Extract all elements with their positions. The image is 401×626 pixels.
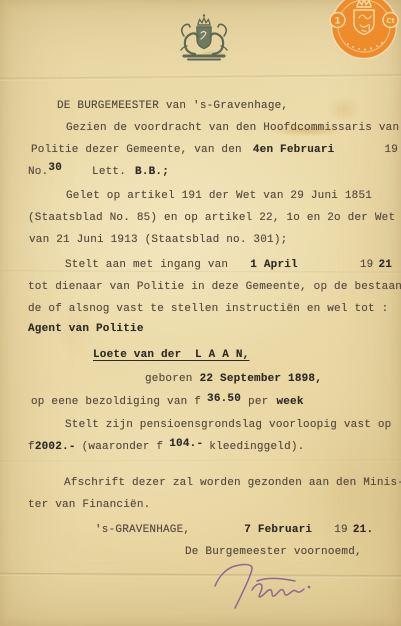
filled-start-year: 21 bbox=[378, 258, 392, 272]
paragraph-stelt-aan: Stelt aan met ingang van1 April1921 bbox=[65, 258, 392, 272]
filled-letter-code: B.B.; bbox=[135, 165, 169, 179]
filled-birthdate: 22 September 1898, bbox=[200, 372, 322, 386]
filled-start-date: 1 April bbox=[250, 258, 298, 272]
filled-signing-year: 21. bbox=[353, 523, 373, 537]
paragraph-stelt-aan-2: tot dienaar van Politie in deze Gemeente… bbox=[28, 280, 401, 294]
pension-line-2: f2002.-(waaronder f104.-kleedinggeld). bbox=[28, 440, 304, 454]
stamp-unit: Ct bbox=[386, 17, 395, 25]
filled-signing-date: 7 Februari bbox=[244, 523, 312, 537]
paper-stain bbox=[326, 96, 362, 122]
signature-handwriting bbox=[205, 556, 335, 623]
afschrift-line-2: ter van Financiën. bbox=[28, 498, 150, 512]
postage-stamp: 1 Ct bbox=[326, 0, 401, 69]
paragraph-stelt-aan-3: de of alsnog vast te stellen instructiën… bbox=[28, 302, 388, 316]
filled-period: week bbox=[276, 395, 303, 409]
birthdate-line: geboren22 September 1898, bbox=[145, 372, 322, 386]
paper-crease bbox=[0, 573, 401, 578]
paragraph-gezien-2: Politie dezer Gemeente, van den4en Febru… bbox=[31, 143, 401, 157]
salary-line: op eene bezoldiging van f36.50perweek bbox=[31, 395, 304, 409]
pension-line: Stelt zijn pensioensgrondslag voorloopig… bbox=[65, 418, 391, 432]
afschrift-line: Afschrift dezer zal worden gezonden aan … bbox=[64, 476, 401, 490]
reference-line: No.30Lett.B.B.; bbox=[28, 165, 169, 179]
filled-clothing-allowance: 104.- bbox=[169, 437, 203, 451]
filled-appointee-name: Loete van der L A A N, bbox=[93, 348, 249, 362]
filled-number: 30 bbox=[48, 162, 62, 174]
filled-function-title: Agent van Politie bbox=[28, 322, 144, 336]
paragraph-gezien: Gezien de voordracht van den Hoofdcommis… bbox=[66, 121, 399, 135]
heading-burgemeester: DE BURGEMEESTER van 's-Gravenhage, bbox=[57, 99, 288, 113]
dateline: 's-GRAVENHAGE,7 Februari1921. bbox=[95, 523, 373, 537]
paragraph-gelet: Gelet op artikel 191 der Wet van 29 Juni… bbox=[66, 189, 372, 203]
filled-salary: 36.50 bbox=[207, 392, 241, 406]
coat-of-arms-icon bbox=[163, 12, 245, 67]
filled-pension-base: 2002.- bbox=[35, 441, 76, 453]
paragraph-gelet-2: (Staatsblad No. 85) en op artikel 22, 1o… bbox=[28, 211, 395, 225]
paper-crease bbox=[0, 74, 401, 80]
filled-date-voordracht: 4en Februari bbox=[253, 143, 335, 157]
stamp-denomination: 1 bbox=[334, 17, 340, 27]
document-page: 1 Ct DE BURGEMEESTER van 's-Gravenhage, … bbox=[0, 0, 401, 626]
paper-crease bbox=[0, 459, 401, 462]
paragraph-gelet-3: van 21 Juni 1913 (Staatsblad no. 301); bbox=[29, 233, 287, 247]
